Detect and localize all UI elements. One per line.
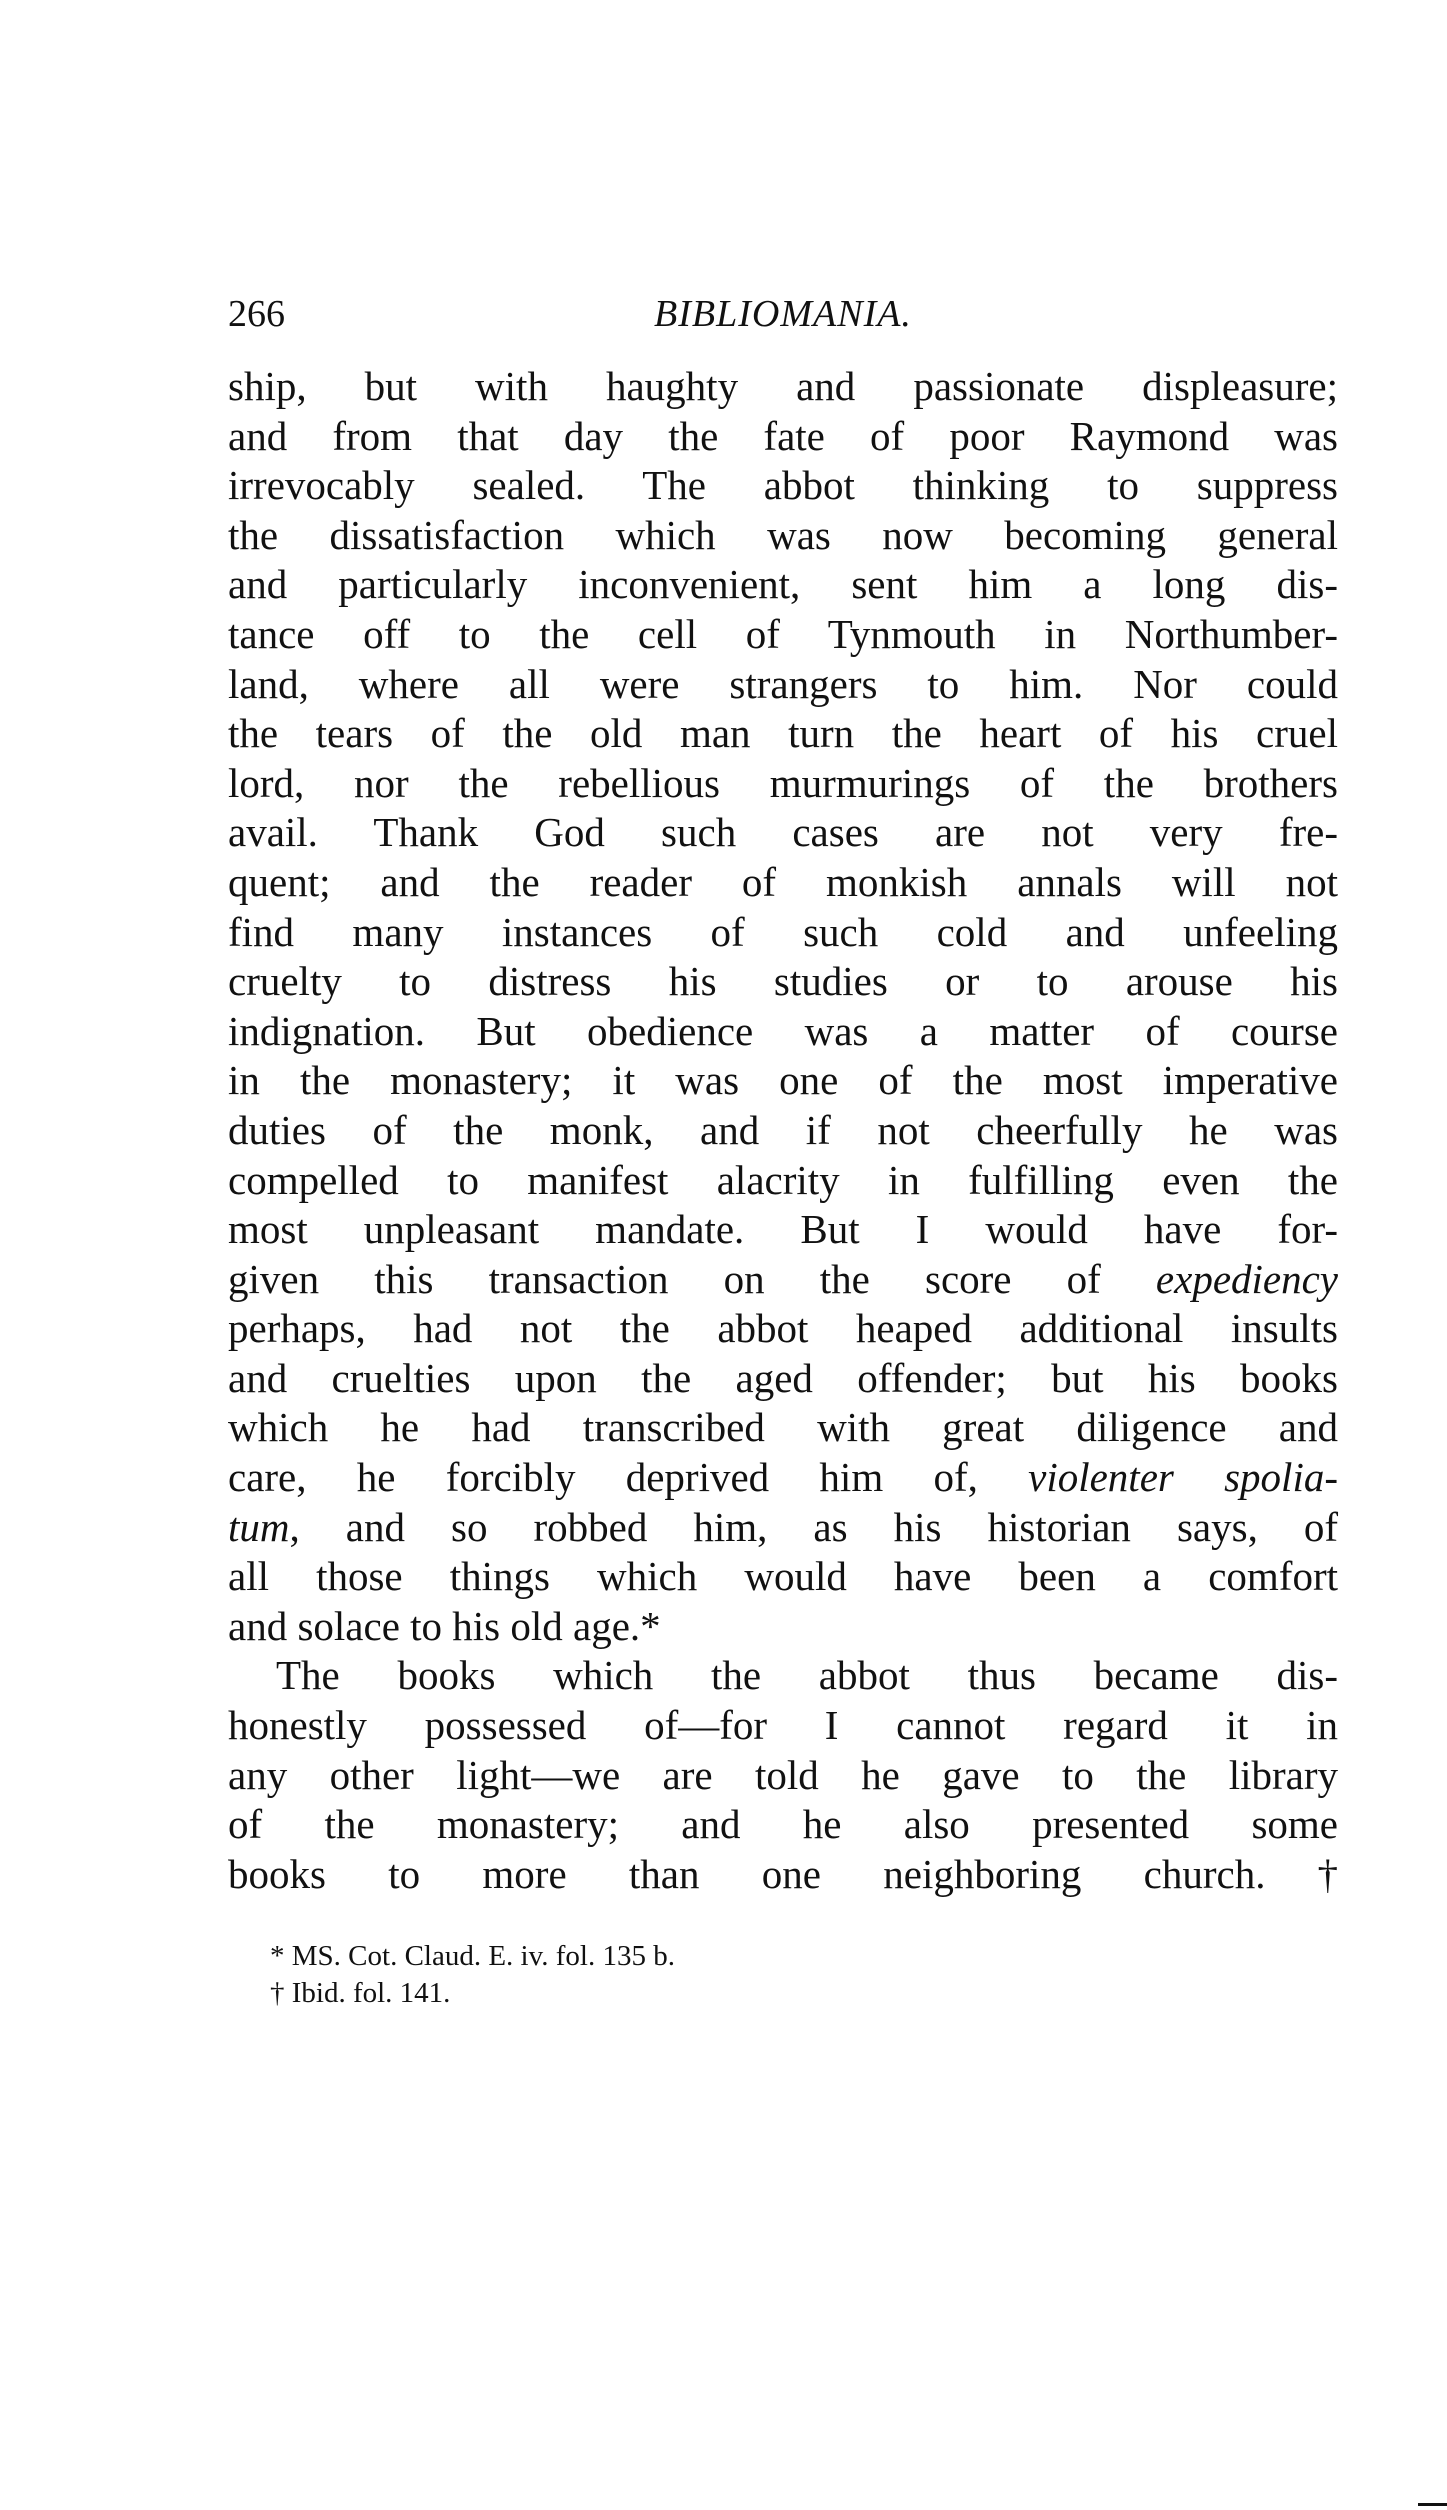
text-segment: , and so robbed him, as his historian sa… bbox=[290, 1504, 1339, 1550]
text-line: land, where all were strangers to him. N… bbox=[228, 660, 1338, 710]
text-segment: care, he forcibly deprived him of, bbox=[228, 1454, 1028, 1500]
footnote-marker: † bbox=[270, 1977, 285, 2009]
text-line: most unpleasant mandate. But I would hav… bbox=[228, 1205, 1338, 1255]
italic-phrase: expediency bbox=[1156, 1256, 1338, 1302]
text-line: irrevocably sealed. The abbot thinking t… bbox=[228, 461, 1338, 511]
text-line: lord, nor the rebellious murmurings of t… bbox=[228, 759, 1338, 809]
footnote-text: Ibid. fol. 141. bbox=[292, 1977, 451, 2009]
text-line: books to more than one neighboring churc… bbox=[228, 1850, 1338, 1900]
text-line: avail. Thank God such cases are not very… bbox=[228, 808, 1338, 858]
footnotes: * MS. Cot. Claud. E. iv. fol. 135 b. † I… bbox=[270, 1938, 675, 2012]
scan-artifact-mark bbox=[1418, 2503, 1447, 2506]
text-line: ship, but with haughty and passionate di… bbox=[228, 362, 1338, 412]
text-line: and particularly inconvenient, sent him … bbox=[228, 560, 1338, 610]
italic-phrase: violenter spolia- bbox=[1028, 1454, 1338, 1500]
text-line: and from that day the fate of poor Raymo… bbox=[228, 412, 1338, 462]
footnote-marker: * bbox=[270, 1940, 285, 1972]
text-line: in the monastery; it was one of the most… bbox=[228, 1056, 1338, 1106]
text-line: quent; and the reader of monkish annals … bbox=[228, 858, 1338, 908]
text-line: The books which the abbot thus became di… bbox=[228, 1651, 1338, 1701]
text-line: the tears of the old man turn the heart … bbox=[228, 709, 1338, 759]
footnote: † Ibid. fol. 141. bbox=[270, 1975, 675, 2012]
text-line: indignation. But obedience was a matter … bbox=[228, 1007, 1338, 1057]
text-line: and cruelties upon the aged offender; bu… bbox=[228, 1354, 1338, 1404]
text-line: which he had transcribed with great dili… bbox=[228, 1403, 1338, 1453]
text-line: of the monastery; and he also presented … bbox=[228, 1800, 1338, 1850]
text-line: and solace to his old age.* bbox=[228, 1602, 1338, 1652]
text-line: any other light—we are told he gave to t… bbox=[228, 1751, 1338, 1801]
text-line: tance off to the cell of Tynmouth in Nor… bbox=[228, 610, 1338, 660]
text-segment: given this transaction on the score of bbox=[228, 1256, 1156, 1302]
text-line: find many instances of such cold and unf… bbox=[228, 908, 1338, 958]
italic-phrase: tum bbox=[228, 1504, 290, 1550]
text-line: cruelty to distress his studies or to ar… bbox=[228, 957, 1338, 1007]
text-line: perhaps, had not the abbot heaped additi… bbox=[228, 1304, 1338, 1354]
text-line: care, he forcibly deprived him of, viole… bbox=[228, 1453, 1338, 1503]
footnote: * MS. Cot. Claud. E. iv. fol. 135 b. bbox=[270, 1938, 675, 1975]
text-line: all those things which would have been a… bbox=[228, 1552, 1338, 1602]
text-line: honestly possessed of—for I cannot regar… bbox=[228, 1701, 1338, 1751]
text-line: tum, and so robbed him, as his historian… bbox=[228, 1503, 1338, 1553]
body-text: ship, but with haughty and passionate di… bbox=[228, 362, 1338, 1899]
text-line: duties of the monk, and if not cheerfull… bbox=[228, 1106, 1338, 1156]
running-title: BIBLIOMANIA. bbox=[228, 292, 1338, 336]
text-line: compelled to manifest alacrity in fulfil… bbox=[228, 1156, 1338, 1206]
page-header: 266 BIBLIOMANIA. bbox=[228, 292, 1338, 342]
footnote-text: MS. Cot. Claud. E. iv. fol. 135 b. bbox=[292, 1940, 675, 1972]
text-line: given this transaction on the score of e… bbox=[228, 1255, 1338, 1305]
text-line: the dissatisfaction which was now becomi… bbox=[228, 511, 1338, 561]
